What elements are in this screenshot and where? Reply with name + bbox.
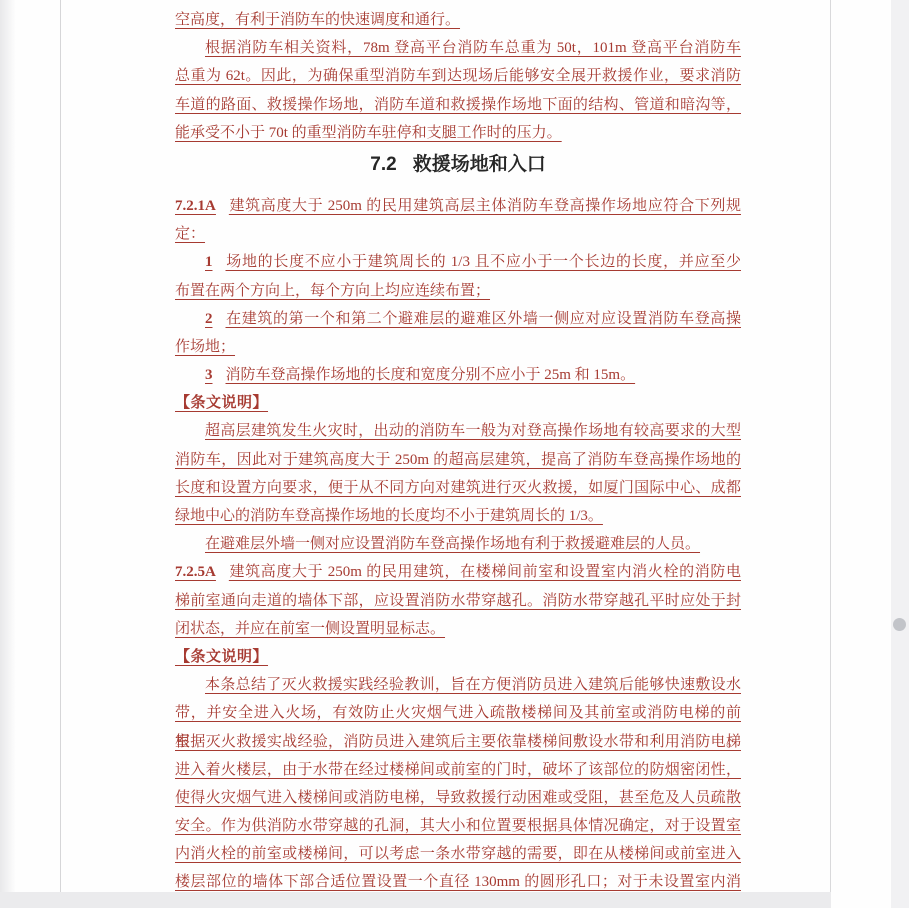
- doc-line: 内消火栓的前室或楼梯间，可以考虑一条水带穿越的需要，即在从楼梯间或前室进入: [175, 840, 741, 868]
- line-text: 在避难层外墙一侧对应设置消防车登高操作场地有利于救援避难层的人员。: [205, 536, 700, 552]
- doc-line: 总重为 62t。因此，为确保重型消防车到达现场后能够安全展开救援作业，要求消防: [175, 62, 741, 90]
- doc-line: 消防车，因此对于建筑高度大于 250m 的超高层建筑，提高了消防车登高操作场地的: [175, 446, 741, 474]
- line-text: 根据消防车相关资料，78m 登高平台消防车总重为 50t，101m 登高平台消防…: [205, 40, 741, 56]
- line-text: 内消火栓的前室或楼梯间，可以考虑一条水带穿越的需要，即在从楼梯间或前室进入: [175, 846, 741, 862]
- line-text: 在建筑的第一个和第二个避难层的避难区外墙一侧应对应设置消防车登高操: [226, 311, 742, 327]
- doc-line: 使得火灾烟气进入楼梯间或消防电梯，导致救援行动困难或受阻，甚至危及人员疏散: [175, 784, 741, 812]
- document-viewer: 空高度，有利于消防车的快速调度和通行。根据消防车相关资料，78m 登高平台消防车…: [0, 0, 909, 908]
- doc-line: 超高层建筑发生火灾时，出动的消防车一般为对登高操作场地有较高要求的大型: [175, 417, 741, 445]
- clause-number: 2: [205, 311, 213, 327]
- page-border-left: [60, 0, 61, 892]
- doc-line: 绿地中心的消防车登高操作场地的长度均不小于建筑周长的 1/3。: [175, 502, 741, 530]
- line-text: 作场地；: [175, 339, 235, 355]
- clause-line: 1场地的长度不应小于建筑周长的 1/3 且不应小于一个长边的长度，并应至少: [175, 248, 741, 276]
- line-text: 本条总结了灭火救援实践经验教训，旨在方便消防员进入建筑后能够快速敷设水: [205, 677, 741, 693]
- clause-number: 3: [205, 367, 213, 383]
- doc-line: 闭状态，并应在前室一侧设置明显标志。: [175, 615, 741, 643]
- line-text: 【条文说明】: [175, 395, 268, 411]
- section-number: 7.2: [370, 154, 396, 175]
- line-text: 建筑高度大于 250m 的民用建筑高层主体消防车登高操作场地应符合下列规: [229, 198, 741, 214]
- clause-number: 1: [205, 254, 213, 270]
- explanation-label: 【条文说明】: [175, 389, 741, 417]
- line-text: 总重为 62t。因此，为确保重型消防车到达现场后能够安全展开救援作业，要求消防: [175, 68, 741, 84]
- line-text: 安全。作为供消防水带穿越的孔洞，其大小和位置要根据具体情况确定，对于设置室: [175, 818, 741, 834]
- scrollbar-track[interactable]: [891, 0, 909, 908]
- doc-line: 带，并安全进入火场，有效防止火灾烟气进入疏散楼梯间及其前室或消防电梯的前室。: [175, 699, 741, 727]
- line-text: 使得火灾烟气进入楼梯间或消防电梯，导致救援行动困难或受阻，甚至危及人员疏散: [175, 790, 741, 806]
- line-text: 楼层部位的墙体下部合适位置设置一个直径 130mm 的圆形孔口；对于未设置室内消: [175, 874, 741, 890]
- doc-line: 进入着火楼层，由于水带在经过楼梯间或前室的门时，破坏了该部位的防烟密闭性，: [175, 756, 741, 784]
- doc-line: 定：: [175, 220, 741, 248]
- doc-line: 长度和设置方向要求，便于从不同方向对建筑进行灭火救援，如厦门国际中心、成都: [175, 474, 741, 502]
- line-text: 长度和设置方向要求，便于从不同方向对建筑进行灭火救援，如厦门国际中心、成都: [175, 480, 741, 496]
- clause-line: 3消防车登高操作场地的长度和宽度分别不应小于 25m 和 15m。: [175, 361, 741, 389]
- line-text: 根据灭火救援实战经验，消防员进入建筑后主要依靠楼梯间敷设水带和利用消防电梯: [175, 734, 741, 750]
- explanation-label: 【条文说明】: [175, 643, 741, 671]
- doc-line: 能承受不小于 70t 的重型消防车驻停和支腿工作时的压力。: [175, 119, 741, 147]
- line-text: 消防车，因此对于建筑高度大于 250m 的超高层建筑，提高了消防车登高操作场地的: [175, 452, 741, 468]
- page-bottom-edge: [0, 892, 831, 908]
- doc-line: 梯前室通向走道的墙体下部，应设置消防水带穿越孔。消防水带穿越孔平时应处于封: [175, 587, 741, 615]
- line-text: 进入着火楼层，由于水带在经过楼梯间或前室的门时，破坏了该部位的防烟密闭性，: [175, 762, 741, 778]
- doc-line: 布置在两个方向上，每个方向上均应连续布置；: [175, 277, 741, 305]
- page-border-right: [830, 0, 831, 908]
- line-text: 绿地中心的消防车登高操作场地的长度均不小于建筑周长的 1/3。: [175, 508, 603, 524]
- line-text: 梯前室通向走道的墙体下部，应设置消防水带穿越孔。消防水带穿越孔平时应处于封: [175, 593, 741, 609]
- line-text: 能承受不小于 70t 的重型消防车驻停和支腿工作时的压力。: [175, 125, 562, 141]
- section-title: 救援场地和入口: [413, 154, 546, 175]
- doc-line: 车道的路面、救援操作场地，消防车道和救援操作场地下面的结构、管道和暗沟等，: [175, 91, 741, 119]
- line-text: 超高层建筑发生火灾时，出动的消防车一般为对登高操作场地有较高要求的大型: [205, 423, 741, 439]
- line-text: 闭状态，并应在前室一侧设置明显标志。: [175, 621, 445, 637]
- line-text: 车道的路面、救援操作场地，消防车道和救援操作场地下面的结构、管道和暗沟等，: [175, 97, 741, 113]
- doc-line: 根据灭火救援实战经验，消防员进入建筑后主要依靠楼梯间敷设水带和利用消防电梯: [175, 728, 741, 756]
- clause-number: 7.2.5A: [175, 564, 216, 580]
- line-text: 布置在两个方向上，每个方向上均应连续布置；: [175, 283, 490, 299]
- doc-line: 作场地；: [175, 333, 741, 361]
- doc-line: 本条总结了灭火救援实践经验教训，旨在方便消防员进入建筑后能够快速敷设水: [175, 671, 741, 699]
- doc-line: 安全。作为供消防水带穿越的孔洞，其大小和位置要根据具体情况确定，对于设置室: [175, 812, 741, 840]
- line-text: 【条文说明】: [175, 649, 268, 665]
- line-text: 消防车登高操作场地的长度和宽度分别不应小于 25m 和 15m。: [226, 367, 636, 383]
- line-text: 建筑高度大于 250m 的民用建筑，在楼梯间前室和设置室内消火栓的消防电: [229, 564, 741, 580]
- clause-line: 7.2.5A建筑高度大于 250m 的民用建筑，在楼梯间前室和设置室内消火栓的消…: [175, 558, 741, 586]
- clause-number: 7.2.1A: [175, 198, 216, 214]
- section-heading: 7.2救援场地和入口: [175, 150, 741, 180]
- page-edge-shadow: [0, 0, 16, 908]
- doc-line: 在避难层外墙一侧对应设置消防车登高操作场地有利于救援避难层的人员。: [175, 530, 741, 558]
- scroll-indicator-dot[interactable]: [893, 618, 906, 631]
- clause-line: 2在建筑的第一个和第二个避难层的避难区外墙一侧应对应设置消防车登高操: [175, 305, 741, 333]
- clause-line: 7.2.1A建筑高度大于 250m 的民用建筑高层主体消防车登高操作场地应符合下…: [175, 192, 741, 220]
- doc-line: 根据消防车相关资料，78m 登高平台消防车总重为 50t，101m 登高平台消防…: [175, 34, 741, 62]
- document-lines: 空高度，有利于消防车的快速调度和通行。根据消防车相关资料，78m 登高平台消防车…: [175, 6, 741, 897]
- line-text: 场地的长度不应小于建筑周长的 1/3 且不应小于一个长边的长度，并应至少: [226, 254, 742, 270]
- line-text: 定：: [175, 226, 205, 242]
- line-text: 空高度，有利于消防车的快速调度和通行。: [175, 12, 460, 28]
- doc-line: 空高度，有利于消防车的快速调度和通行。: [175, 6, 741, 34]
